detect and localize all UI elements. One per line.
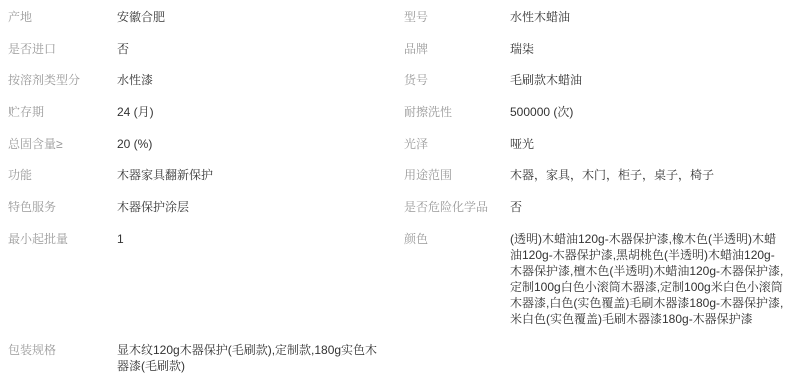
label-solvent-type: 按溶剂类型分 [0, 63, 117, 95]
value-imported: 否 [117, 32, 396, 64]
value-brand: 瑞柒 [510, 32, 793, 64]
value-gloss: 哑光 [510, 127, 793, 159]
label-scrub-resistance: 耐擦洗性 [396, 95, 510, 127]
label-imported: 是否进口 [0, 32, 117, 64]
label-hazardous: 是否危险化学品 [396, 190, 510, 222]
label-item-number: 货号 [396, 63, 510, 95]
value-special-service: 木器保护涂层 [117, 190, 396, 222]
value-solvent-type: 水性漆 [117, 63, 396, 95]
value-shelf-life: 24 (月) [117, 95, 396, 127]
label-shelf-life: 贮存期 [0, 95, 117, 127]
value-solid-content: 20 (%) [117, 127, 396, 159]
label-min-order: 最小起批量 [0, 222, 117, 333]
label-packaging: 包装规格 [0, 333, 117, 380]
value-item-number: 毛刷款木蜡油 [510, 63, 793, 95]
value-empty [510, 333, 793, 380]
label-function: 功能 [0, 158, 117, 190]
label-model: 型号 [396, 0, 510, 32]
value-min-order: 1 [117, 222, 396, 333]
value-hazardous: 否 [510, 190, 793, 222]
value-function: 木器家具翻新保护 [117, 158, 396, 190]
label-solid-content: 总固含量≥ [0, 127, 117, 159]
value-model: 水性木蜡油 [510, 0, 793, 32]
value-usage-range: 木器，家具，木门，柜子，桌子，椅子 [510, 158, 793, 190]
label-gloss: 光泽 [396, 127, 510, 159]
value-packaging: 显木纹120g木器保护(毛刷款),定制款,180g实色木器漆(毛刷款) [117, 333, 396, 380]
label-empty [396, 333, 510, 380]
product-spec-table: 产地 安徽合肥 型号 水性木蜡油 是否进口 否 品牌 瑞柒 按溶剂类型分 水性漆… [0, 0, 793, 380]
label-brand: 品牌 [396, 32, 510, 64]
value-origin: 安徽合肥 [117, 0, 396, 32]
label-origin: 产地 [0, 0, 117, 32]
label-color: 颜色 [396, 222, 510, 333]
label-special-service: 特色服务 [0, 190, 117, 222]
value-color: (透明)木蜡油120g-木器保护漆,橡木色(半透明)木蜡油120g-木器保护漆,… [510, 222, 793, 333]
value-scrub-resistance: 500000 (次) [510, 95, 793, 127]
label-usage-range: 用途范围 [396, 158, 510, 190]
